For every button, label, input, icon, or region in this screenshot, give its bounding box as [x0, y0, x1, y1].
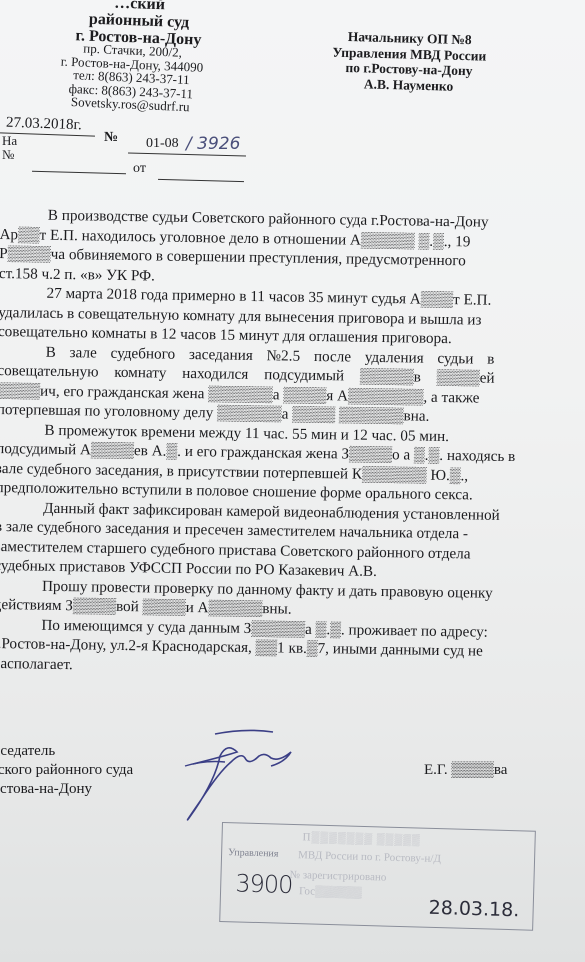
number-label: № [104, 130, 118, 146]
stamp-line: МВД России по г. Ростову-н/Д [298, 849, 441, 865]
paragraph-recorded: Данный факт зафиксирован камерой видеона… [0, 497, 575, 584]
stamp-line: Гос▒▒▒▒▒▒ [299, 885, 362, 899]
title-line: г.Ростова-на-Дону [0, 780, 133, 799]
signatory-title: Председатель Советского районного суда г… [0, 742, 133, 799]
paragraph-courtroom: В зале судебного заседания №2.5 после уд… [0, 341, 578, 428]
paragraph-proceedings: В производстве судьи Советского районног… [0, 205, 580, 292]
from-underline [158, 179, 244, 182]
letter-body: В производстве судьи Советского районног… [0, 205, 580, 682]
on-number-label: № [2, 147, 14, 163]
scanned-letter: …ский районный суд г. Ростов-на-Дону пр.… [0, 0, 585, 962]
registration-stamp: П▒▒▒▒▒▒▒ ▒▒▒▒▒ Управления МВД России по … [219, 822, 536, 931]
stamp-line: № зарегистрировано [289, 869, 386, 884]
from-label: от [133, 161, 146, 177]
paragraph-deliberation: 27 марта 2018 года примерно в 11 часов 3… [0, 283, 579, 351]
paragraph-address: По имеющимся у суда данным З▒▒▒▒▒а ▒.▒. … [0, 614, 573, 682]
recipient-block: Начальнику ОП №8 Управления МВД России п… [308, 28, 510, 95]
stamp-date: 28.03.18. [428, 897, 519, 922]
outgoing-number-handwritten: / 3926 [186, 134, 240, 154]
outgoing-date: 27.03.2018г. [6, 115, 82, 135]
sender-address: пр. Стачки, 200/2, г. Ростов-на-Дону, 34… [45, 40, 218, 115]
paragraph-incident: В промежуток времени между 11 час. 55 ми… [0, 419, 577, 506]
on-number-underline [32, 171, 126, 174]
stamp-line: П▒▒▒▒▒▒▒ ▒▒▒▒▒ [302, 831, 421, 846]
stamp-incoming-number: 3900 [235, 869, 293, 899]
signatory-name: Е.Г. ▒▒▒▒ва [424, 762, 507, 779]
title-line: Советского районного суда [0, 761, 133, 780]
stamp-line: Управления [228, 847, 279, 859]
outgoing-number: 01-08 [146, 136, 179, 152]
title-line: Председатель [0, 742, 133, 761]
handwritten-signature-icon [175, 722, 315, 822]
